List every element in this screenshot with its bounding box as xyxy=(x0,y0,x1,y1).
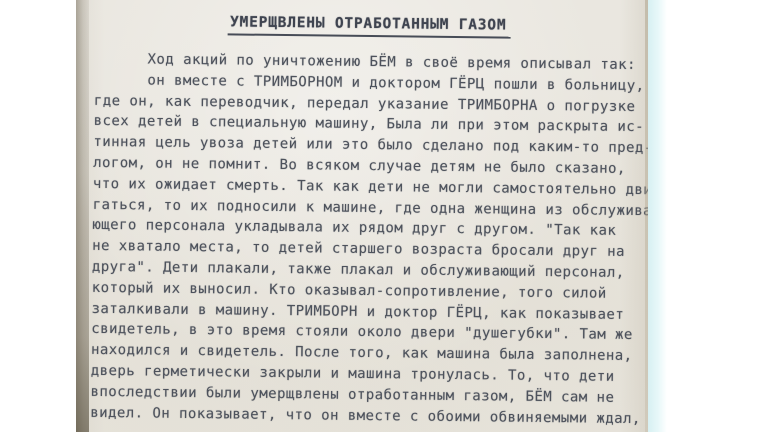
document-body: Ход акций по уничтожению БЁМ в своё врем… xyxy=(90,49,643,430)
page-left-edge-shadow xyxy=(76,0,89,432)
page-content: УМЕРЩВЛЕНЫ ОТРАБОТАННЫМ ГАЗОМ Ход акций … xyxy=(76,0,648,432)
title-row: УМЕРЩВЛЕНЫ ОТРАБОТАННЫМ ГАЗОМ xyxy=(95,10,644,40)
document-page: УМЕРЩВЛЕНЫ ОТРАБОТАННЫМ ГАЗОМ Ход акций … xyxy=(76,0,648,432)
document-title: УМЕРЩВЛЕНЫ ОТРАБОТАННЫМ ГАЗОМ xyxy=(228,14,511,38)
scan-right-tint-strip xyxy=(648,0,667,432)
